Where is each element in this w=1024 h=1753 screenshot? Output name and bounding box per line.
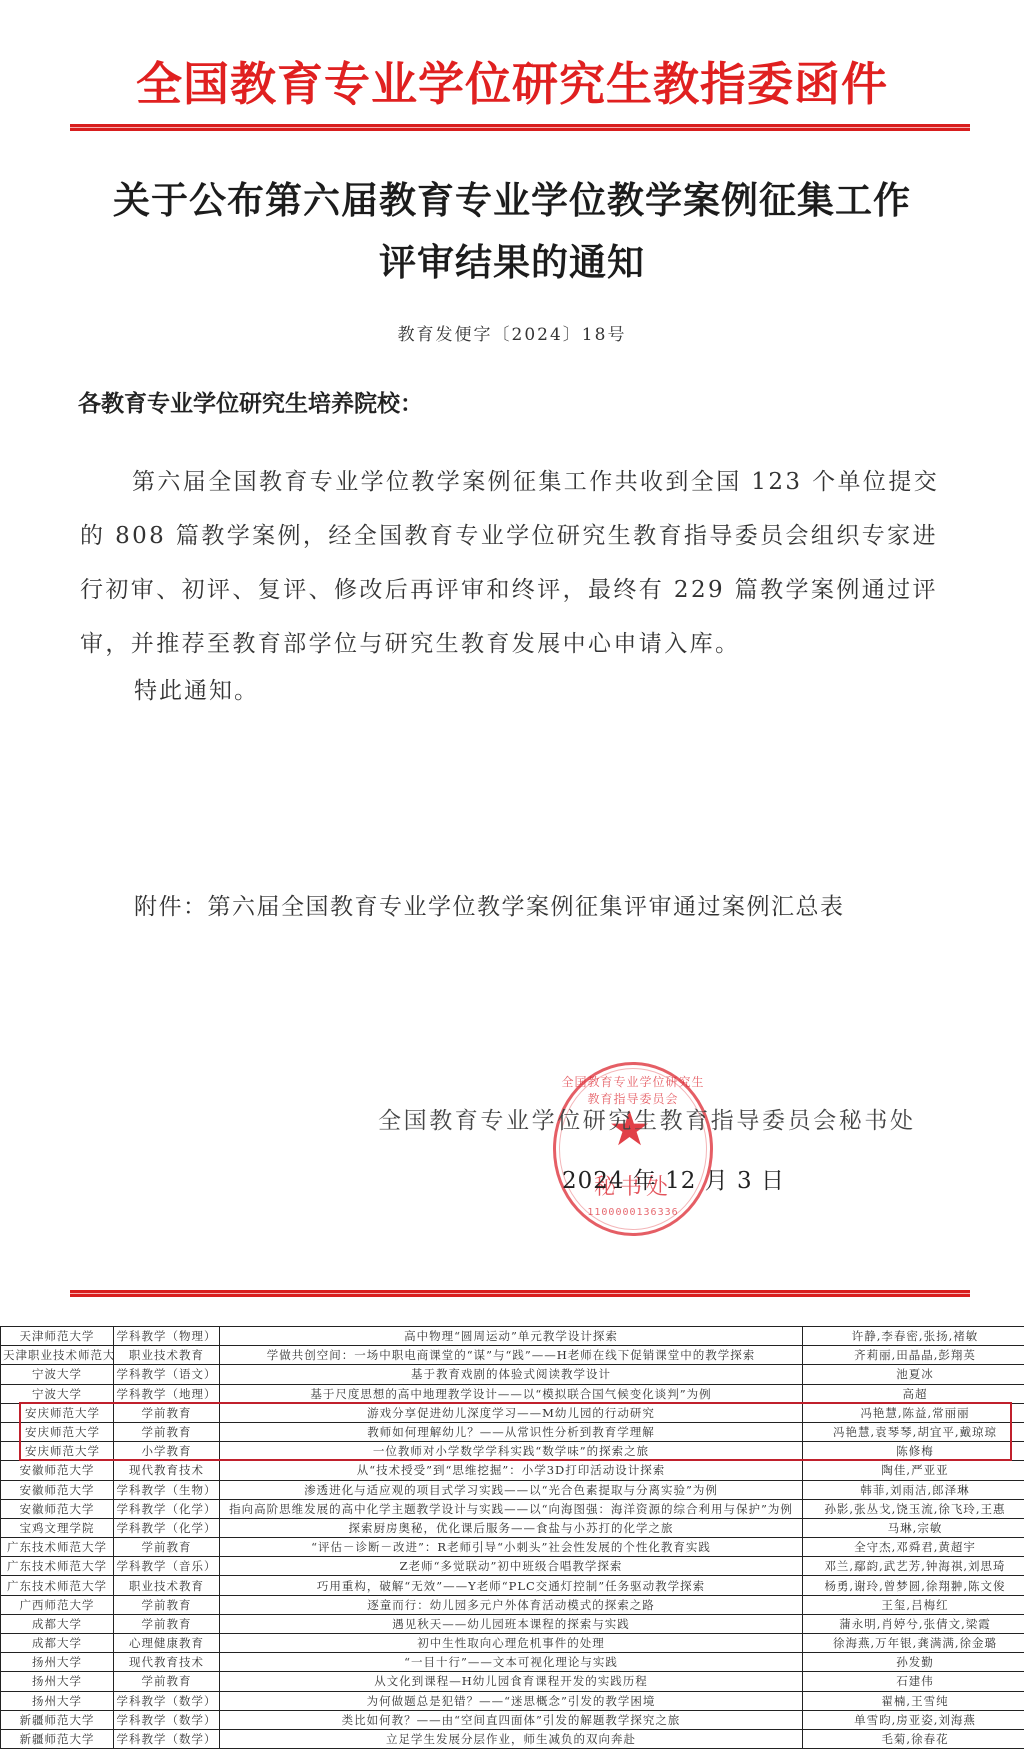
case-title-cell: 逐童而行：幼儿园多元户外体育活动模式的探索之路 xyxy=(220,1595,803,1614)
case-title-cell: “评估－诊断－改进”：R老师引导“小刺头”社会性发展的个性化教育实践 xyxy=(220,1538,803,1557)
university-cell: 天津师范大学 xyxy=(1,1327,114,1346)
table-row: 广东技术师范大学学科教学（音乐）Z老师“多觉联动”初中班级合唱教学探索邓兰,鄢韵… xyxy=(1,1557,1024,1576)
authors-cell: 徐海燕,万年银,龚满满,徐金璐 xyxy=(803,1634,1024,1653)
university-cell: 宁波大学 xyxy=(1,1365,114,1384)
case-title-cell: 初中生性取向心理危机事件的处理 xyxy=(220,1634,803,1653)
authors-cell: 王玺,吕梅红 xyxy=(803,1595,1024,1614)
table-row: 安庆师范大学小学教育一位教师对小学数学学科实践“数学味”的探索之旅陈修梅 xyxy=(1,1442,1024,1461)
case-title-cell: “一目十行”——文本可视化理论与实践 xyxy=(220,1653,803,1672)
university-cell: 宝鸡文理学院 xyxy=(1,1518,114,1537)
major-cell: 学前教育 xyxy=(114,1672,220,1691)
letterhead-divider xyxy=(70,124,970,131)
university-cell: 广西师范大学 xyxy=(1,1595,114,1614)
authors-cell: 齐莉丽,田晶晶,彭翔英 xyxy=(803,1346,1024,1365)
case-title-cell: 渗透进化与适应观的项目式学习实践——以“光合色素提取与分离实验”为例 xyxy=(220,1480,803,1499)
major-cell: 职业技术教育 xyxy=(114,1346,220,1365)
authors-cell: 韩菲,刘雨洁,郎泽琳 xyxy=(803,1480,1024,1499)
table-row: 天津师范大学学科教学（物理）高中物理“圆周运动”单元教学设计探索许静,李春密,张… xyxy=(1,1327,1024,1346)
authors-cell: 孙发勤 xyxy=(803,1653,1024,1672)
university-cell: 新疆师范大学 xyxy=(1,1729,114,1748)
case-title-cell: 从“技术授受”到“思维挖掘”：小学3D打印活动设计探索 xyxy=(220,1461,803,1480)
authors-cell: 池夏冰 xyxy=(803,1365,1024,1384)
major-cell: 现代教育技术 xyxy=(114,1653,220,1672)
case-title-cell: 巧用重构，破解“无效”——Y老师“PLC交通灯控制”任务驱动教学探索 xyxy=(220,1576,803,1595)
table-row: 扬州大学现代教育技术“一目十行”——文本可视化理论与实践孙发勤 xyxy=(1,1653,1024,1672)
document-number: 教育发便字〔2024〕18号 xyxy=(0,320,1024,345)
case-title-cell: 教师如何理解幼儿？——从常识性分析到教育学理解 xyxy=(220,1422,803,1441)
table-row: 宝鸡文理学院学科教学（化学）探索厨房奥秘，优化课后服务——食盐与小苏打的化学之旅… xyxy=(1,1518,1024,1537)
authors-cell: 冯艳慧,陈益,常丽丽 xyxy=(803,1403,1024,1422)
university-cell: 成都大学 xyxy=(1,1634,114,1653)
major-cell: 学前教育 xyxy=(114,1422,220,1441)
table-row: 安庆师范大学学前教育教师如何理解幼儿？——从常识性分析到教育学理解冯艳慧,袁琴琴… xyxy=(1,1422,1024,1441)
university-cell: 新疆师范大学 xyxy=(1,1710,114,1729)
major-cell: 学科教学（数学） xyxy=(114,1691,220,1710)
major-cell: 心理健康教育 xyxy=(114,1634,220,1653)
table-row: 安徽师范大学现代教育技术从“技术授受”到“思维挖掘”：小学3D打印活动设计探索陶… xyxy=(1,1461,1024,1480)
university-cell: 广东技术师范大学 xyxy=(1,1557,114,1576)
case-title-cell: 游戏分享促进幼儿深度学习——M幼儿园的行动研究 xyxy=(220,1403,803,1422)
university-cell: 安庆师范大学 xyxy=(1,1442,114,1461)
case-title-cell: Z老师“多觉联动”初中班级合唱教学探索 xyxy=(220,1557,803,1576)
major-cell: 学科教学（语文） xyxy=(114,1365,220,1384)
university-cell: 扬州大学 xyxy=(1,1653,114,1672)
university-cell: 扬州大学 xyxy=(1,1672,114,1691)
table-row: 成都大学心理健康教育初中生性取向心理危机事件的处理徐海燕,万年银,龚满满,徐金璐 xyxy=(1,1634,1024,1653)
salutation: 各教育专业学位研究生培养院校： xyxy=(78,385,423,418)
case-title-cell: 为何做题总是犯错？——“迷思概念”引发的教学困境 xyxy=(220,1691,803,1710)
case-title-cell: 高中物理“圆周运动”单元教学设计探索 xyxy=(220,1327,803,1346)
major-cell: 学科教学（化学） xyxy=(114,1499,220,1518)
university-cell: 安徽师范大学 xyxy=(1,1480,114,1499)
case-title-cell: 一位教师对小学数学学科实践“数学味”的探索之旅 xyxy=(220,1442,803,1461)
closing-remark: 特此通知。 xyxy=(134,672,259,705)
major-cell: 学科教学（生物） xyxy=(114,1480,220,1499)
table-row: 天津职业技术师范大学职业技术教育学做共创空间：一场中职电商课堂的“谋”与“践”—… xyxy=(1,1346,1024,1365)
table-row: 安徽师范大学学科教学（生物）渗透进化与适应观的项目式学习实践——以“光合色素提取… xyxy=(1,1480,1024,1499)
letterhead-title: 全国教育专业学位研究生教指委函件 xyxy=(0,48,1024,114)
authors-cell: 马琳,宗敏 xyxy=(803,1518,1024,1537)
university-cell: 安庆师范大学 xyxy=(1,1403,114,1422)
authors-cell: 全守杰,邓舜君,黄超宇 xyxy=(803,1538,1024,1557)
table-row: 宁波大学学科教学（语文）基于教育戏剧的体验式阅读教学设计池夏冰 xyxy=(1,1365,1024,1384)
major-cell: 学科教学（数学） xyxy=(114,1729,220,1748)
university-cell: 宁波大学 xyxy=(1,1384,114,1403)
case-title-cell: 类比如何教？——由“空间直四面体”引发的解题教学探究之旅 xyxy=(220,1710,803,1729)
case-title-cell: 探索厨房奥秘，优化课后服务——食盐与小苏打的化学之旅 xyxy=(220,1518,803,1537)
signer: 全国教育专业学位研究生教育指导委员会秘书处 xyxy=(378,1102,916,1135)
authors-cell: 毛菊,徐春花 xyxy=(803,1729,1024,1748)
university-cell: 安徽师范大学 xyxy=(1,1499,114,1518)
authors-cell: 单雪昀,房亚姿,刘海燕 xyxy=(803,1710,1024,1729)
attachment-label: 附件：第六届全国教育专业学位教学案例征集评审通过案例汇总表 xyxy=(134,888,845,921)
case-title-cell: 基于教育戏剧的体验式阅读教学设计 xyxy=(220,1365,803,1384)
major-cell: 职业技术教育 xyxy=(114,1576,220,1595)
major-cell: 学前教育 xyxy=(114,1538,220,1557)
table-row: 广东技术师范大学学前教育“评估－诊断－改进”：R老师引导“小刺头”社会性发展的个… xyxy=(1,1538,1024,1557)
university-cell: 扬州大学 xyxy=(1,1691,114,1710)
notice-title-line2: 评审结果的通知 xyxy=(0,232,1024,286)
major-cell: 学科教学（数学） xyxy=(114,1710,220,1729)
table-row: 扬州大学学科教学（数学）为何做题总是犯错？——“迷思概念”引发的教学困境翟楠,王… xyxy=(1,1691,1024,1710)
university-cell: 成都大学 xyxy=(1,1614,114,1633)
authors-cell: 许静,李春密,张扬,褚敏 xyxy=(803,1327,1024,1346)
university-cell: 广东技术师范大学 xyxy=(1,1576,114,1595)
authors-cell: 邓兰,鄢韵,武艺芳,钟海祺,刘思琦 xyxy=(803,1557,1024,1576)
case-title-cell: 立足学生发展分层作业，师生减负的双向奔赴 xyxy=(220,1729,803,1748)
authors-cell: 陶佳,严亚亚 xyxy=(803,1461,1024,1480)
table-row: 成都大学学前教育遇见秋天——幼儿园班本课程的探索与实践蒲永明,肖婷兮,张倩文,梁… xyxy=(1,1614,1024,1633)
major-cell: 小学教育 xyxy=(114,1442,220,1461)
authors-cell: 陈修梅 xyxy=(803,1442,1024,1461)
footer-divider xyxy=(70,1290,970,1297)
university-cell: 安徽师范大学 xyxy=(1,1461,114,1480)
authors-cell: 高超 xyxy=(803,1384,1024,1403)
case-title-cell: 遇见秋天——幼儿园班本课程的探索与实践 xyxy=(220,1614,803,1633)
authors-cell: 蒲永明,肖婷兮,张倩文,梁霞 xyxy=(803,1614,1024,1633)
case-title-cell: 基于尺度思想的高中地理教学设计——以“模拟联合国气候变化谈判”为例 xyxy=(220,1384,803,1403)
table-row: 广东技术师范大学职业技术教育巧用重构，破解“无效”——Y老师“PLC交通灯控制”… xyxy=(1,1576,1024,1595)
major-cell: 学前教育 xyxy=(114,1614,220,1633)
major-cell: 现代教育技术 xyxy=(114,1461,220,1480)
table-row: 扬州大学学前教育从文化到课程—H幼儿园食育课程开发的实践历程石建伟 xyxy=(1,1672,1024,1691)
major-cell: 学科教学（物理） xyxy=(114,1327,220,1346)
major-cell: 学科教学（化学） xyxy=(114,1518,220,1537)
table-row: 安徽师范大学学科教学（化学）指向高阶思维发展的高中化学主题教学设计与实践——以“… xyxy=(1,1499,1024,1518)
university-cell: 天津职业技术师范大学 xyxy=(1,1346,114,1365)
case-title-cell: 从文化到课程—H幼儿园食育课程开发的实践历程 xyxy=(220,1672,803,1691)
case-title-cell: 学做共创空间：一场中职电商课堂的“谋”与“践”——H老师在线下促销课堂中的教学探… xyxy=(220,1346,803,1365)
authors-cell: 翟楠,王雪纯 xyxy=(803,1691,1024,1710)
seal-code: 1100000136336 xyxy=(556,1207,710,1218)
major-cell: 学前教育 xyxy=(114,1595,220,1614)
table-row: 广西师范大学学前教育逐童而行：幼儿园多元户外体育活动模式的探索之路王玺,吕梅红 xyxy=(1,1595,1024,1614)
major-cell: 学科教学（音乐） xyxy=(114,1557,220,1576)
table-row: 安庆师范大学学前教育游戏分享促进幼儿深度学习——M幼儿园的行动研究冯艳慧,陈益,… xyxy=(1,1403,1024,1422)
official-seal: 全国教育专业学位研究生教育指导委员会 ★ 秘书处 1100000136336 xyxy=(553,1062,713,1236)
authors-cell: 孙影,张丛戈,饶玉流,徐飞玲,王惠 xyxy=(803,1499,1024,1518)
issue-date: 2024 年 12 月 3 日 xyxy=(562,1162,785,1195)
university-cell: 广东技术师范大学 xyxy=(1,1538,114,1557)
table-row: 新疆师范大学学科教学（数学）类比如何教？——由“空间直四面体”引发的解题教学探究… xyxy=(1,1710,1024,1729)
notice-body: 第六届全国教育专业学位教学案例征集工作共收到全国 123 个单位提交的 808 … xyxy=(80,455,940,671)
notice-title-line1: 关于公布第六届教育专业学位教学案例征集工作 xyxy=(0,170,1024,224)
university-cell: 安庆师范大学 xyxy=(1,1422,114,1441)
case-title-cell: 指向高阶思维发展的高中化学主题教学设计与实践——以“向海图强：海洋资源的综合利用… xyxy=(220,1499,803,1518)
authors-cell: 石建伟 xyxy=(803,1672,1024,1691)
table-row: 宁波大学学科教学（地理）基于尺度思想的高中地理教学设计——以“模拟联合国气候变化… xyxy=(1,1384,1024,1403)
major-cell: 学前教育 xyxy=(114,1403,220,1422)
table-row: 新疆师范大学学科教学（数学）立足学生发展分层作业，师生减负的双向奔赴毛菊,徐春花 xyxy=(1,1729,1024,1748)
major-cell: 学科教学（地理） xyxy=(114,1384,220,1403)
cases-table: 天津师范大学学科教学（物理）高中物理“圆周运动”单元教学设计探索许静,李春密,张… xyxy=(0,1326,1024,1749)
authors-cell: 杨勇,谢玲,曾梦圆,徐翔翀,陈文俊 xyxy=(803,1576,1024,1595)
authors-cell: 冯艳慧,袁琴琴,胡宜平,戴琼琼 xyxy=(803,1422,1024,1441)
